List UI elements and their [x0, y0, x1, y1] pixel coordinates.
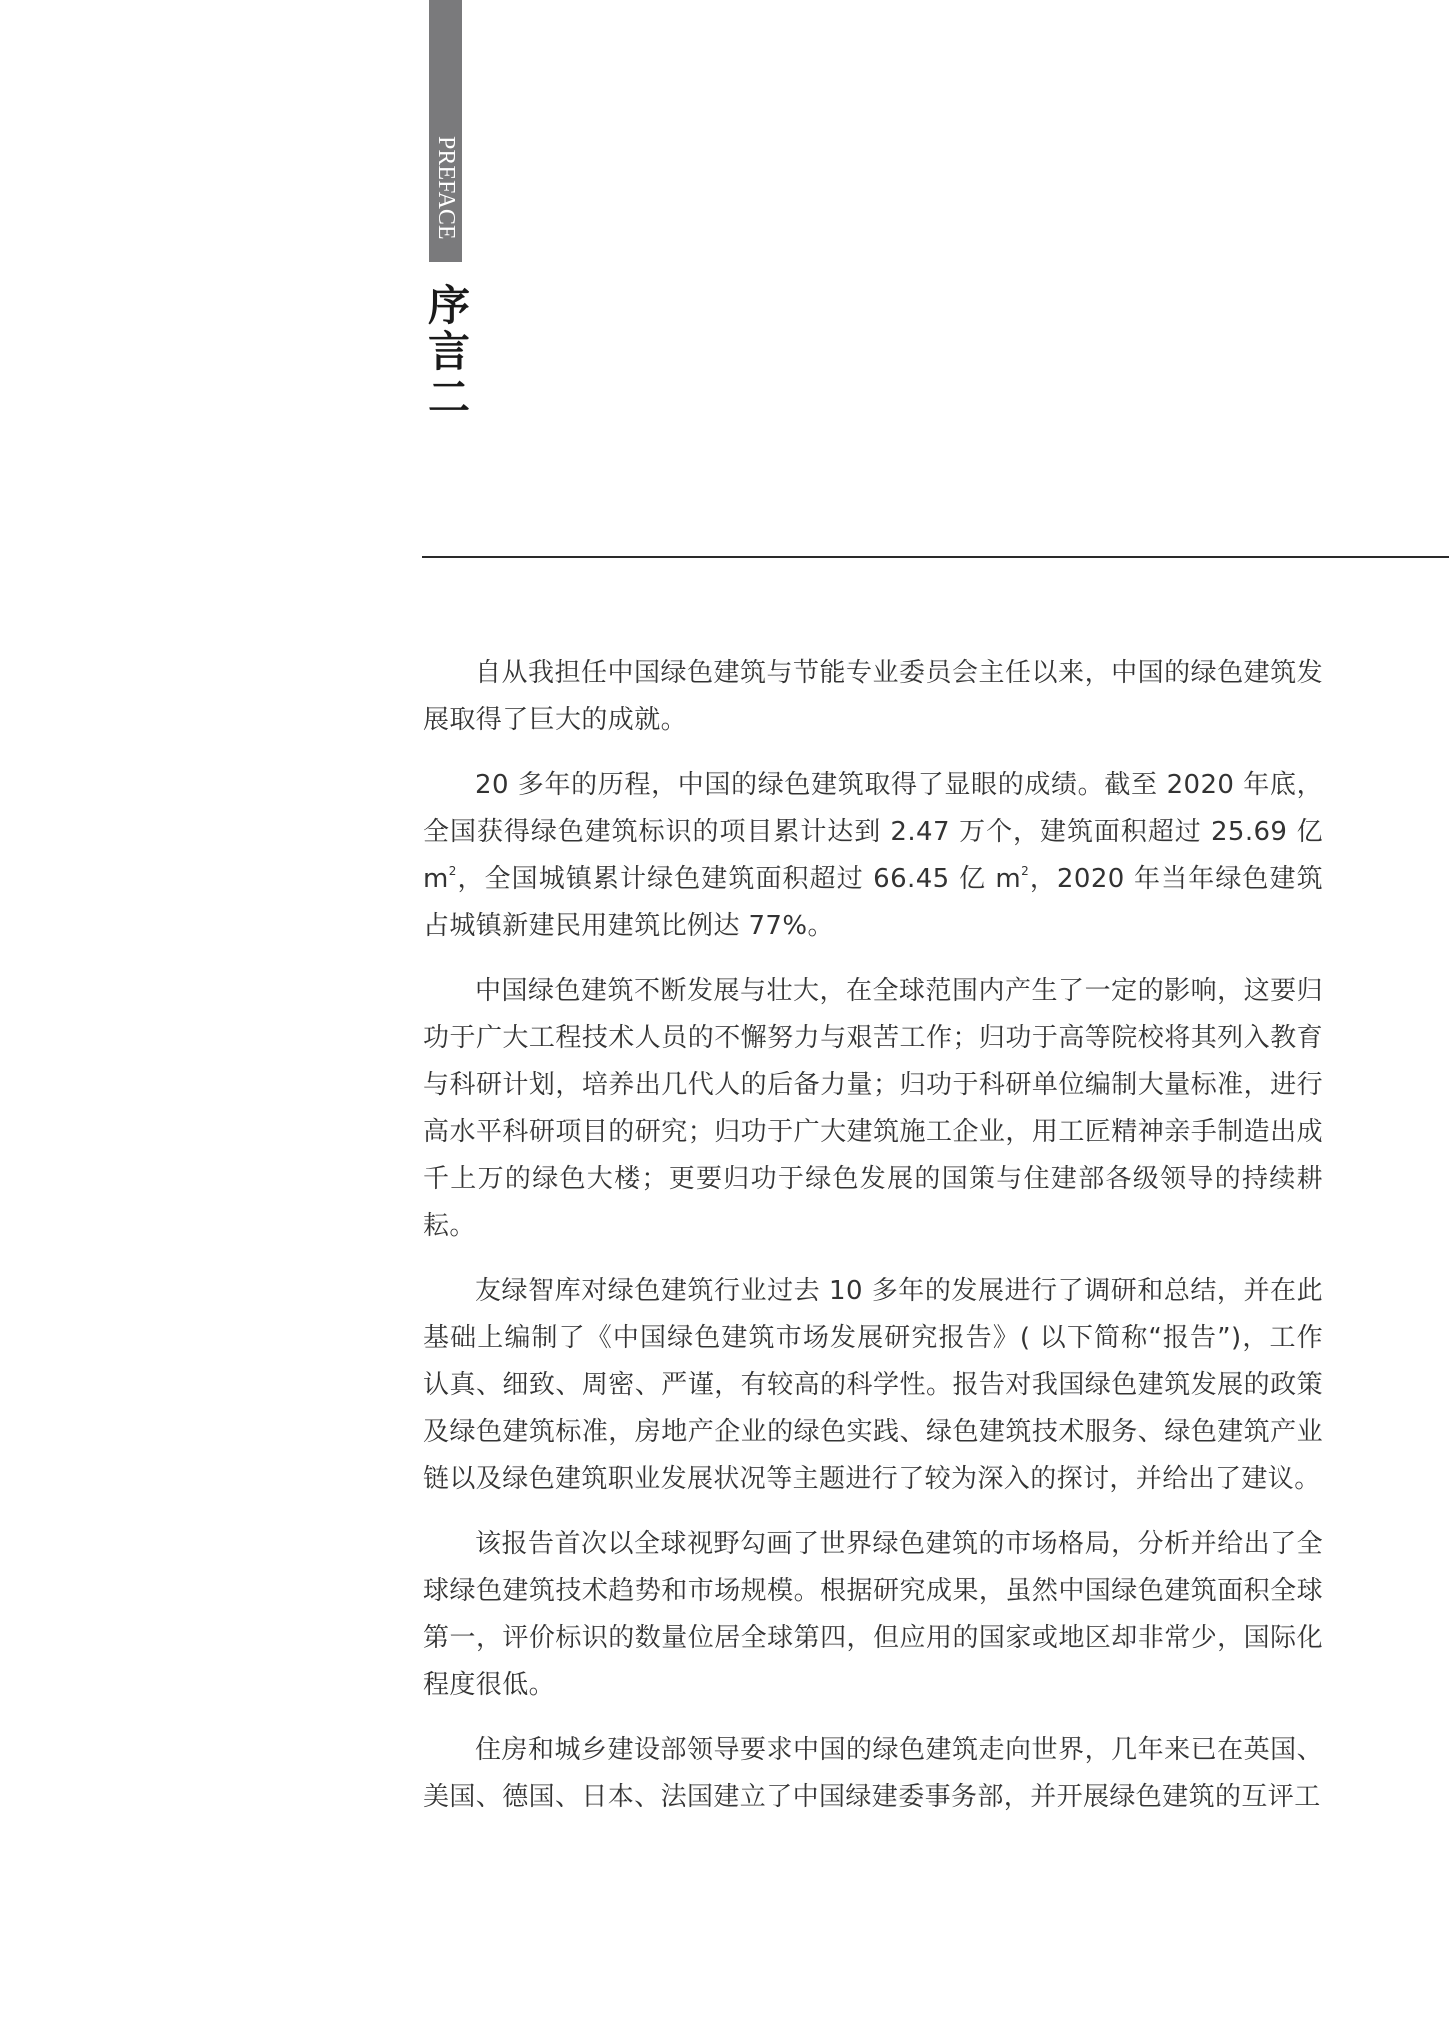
- paragraph-5: 该报告首次以全球视野勾画了世界绿色建筑的市场格局，分析并给出了全球绿色建筑技术趋…: [423, 1521, 1323, 1709]
- header-divider: [422, 556, 1449, 558]
- preface-body: 自从我担任中国绿色建筑与节能专业委员会主任以来，中国的绿色建筑发展取得了巨大的成…: [423, 650, 1323, 1839]
- section-tab-label: PREFACE: [429, 125, 462, 250]
- paragraph-1: 自从我担任中国绿色建筑与节能专业委员会主任以来，中国的绿色建筑发展取得了巨大的成…: [423, 650, 1323, 744]
- paragraph-3: 中国绿色建筑不断发展与壮大，在全球范围内产生了一定的影响，这要归功于广大工程技术…: [423, 968, 1323, 1250]
- superscript-2: 2: [1021, 864, 1029, 878]
- paragraph-6: 住房和城乡建设部领导要求中国的绿色建筑走向世界，几年来已在英国、美国、德国、日本…: [423, 1727, 1323, 1821]
- page-title: 序言二: [424, 283, 468, 421]
- paragraph-2-part-2: ，全国城镇累计绿色建筑面积超过 66.45 亿 m: [457, 864, 1021, 894]
- preface-label: PREFACE: [432, 136, 459, 240]
- paragraph-2: 20 多年的历程，中国的绿色建筑取得了显眼的成绩。截至 2020 年底，全国获得…: [423, 762, 1323, 950]
- paragraph-4: 友绿智库对绿色建筑行业过去 10 多年的发展进行了调研和总结，并在此基础上编制了…: [423, 1268, 1323, 1503]
- superscript-2: 2: [449, 864, 457, 878]
